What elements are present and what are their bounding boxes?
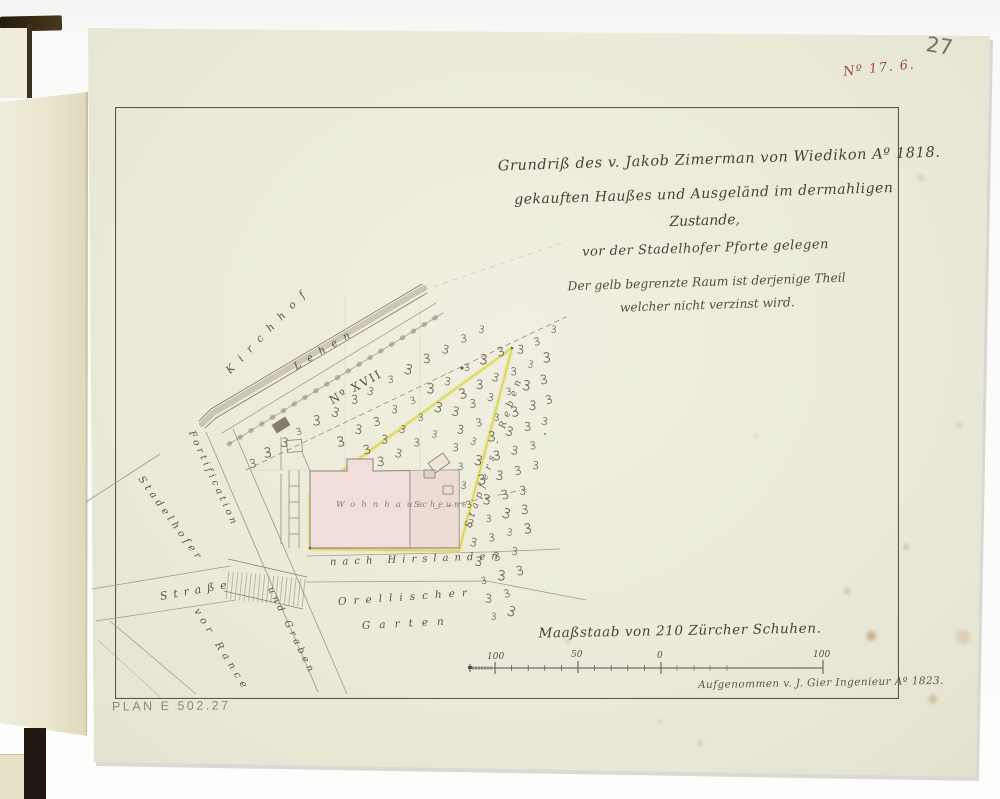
side-structures (281, 437, 310, 548)
scale-tick-label: 100 (487, 652, 504, 662)
pencil-fleck (544, 433, 547, 436)
title-block: Grundriß des v. Jakob Zimerman von Wiedi… (497, 141, 912, 324)
plan-signature-stamp: PLAN E 502.27 (112, 698, 231, 713)
scale-tick-label: 0 (657, 651, 663, 661)
label-scheune: Scheune (414, 500, 470, 509)
scale-tick-label: 100 (813, 650, 830, 660)
buildings (250, 295, 527, 549)
folio-number: 27 (924, 32, 954, 60)
scale-bar (468, 660, 823, 674)
scanned-archive-page: Grundriß des v. Jakob Zimerman von Wiedi… (0, 0, 1000, 799)
scale-tick-label: 50 (571, 650, 582, 660)
